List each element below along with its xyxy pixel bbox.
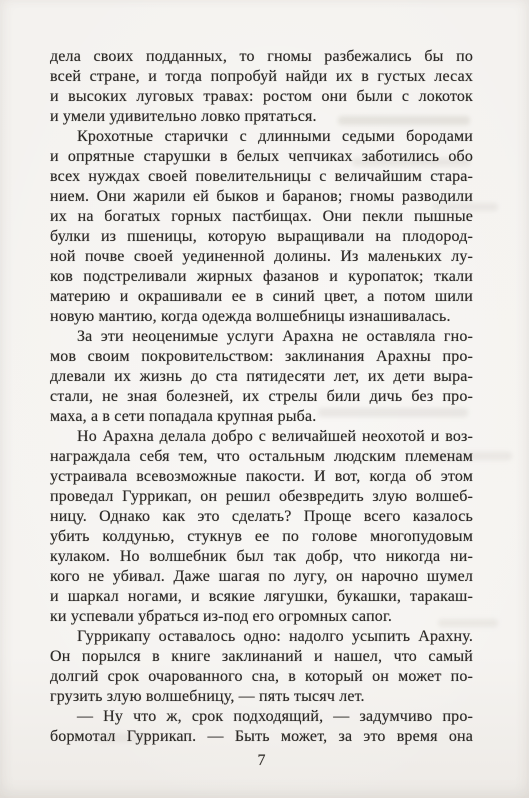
- text-line: и шаркал ногами, и всякие лягушки, букаш…: [50, 587, 473, 607]
- text-line: ной почве своей уединенной долины. Из ма…: [50, 247, 473, 267]
- text-line: убить колдунью, стукнув ее по голове мно…: [50, 527, 473, 547]
- text-line: — Ну что ж, срок подходящий, — задумчиво…: [50, 707, 473, 727]
- text-line: и умели удивительно ловко прятаться.: [50, 107, 473, 127]
- text-line: новую мантию, когда одежда волшебницы из…: [50, 307, 473, 327]
- text-line: нием. Они жарили ей быков и баранов; гно…: [50, 187, 473, 207]
- text-line: их на богатых горных пастбищах. Они пекл…: [50, 207, 473, 227]
- text-line: Но Арахна делала добро с величайшей неох…: [50, 427, 473, 447]
- text-line: дела своих подданных, то гномы разбежали…: [50, 47, 473, 67]
- text-line: Гуррикапу оставалось одно: надолго усыпи…: [50, 627, 473, 647]
- text-line: бормотал Гуррикап. — Быть может, за это …: [50, 727, 473, 747]
- text-line: всей стране, и тогда попробуй найди их в…: [50, 67, 473, 87]
- text-line: и высоких луговых травах: ростом они был…: [50, 87, 473, 107]
- text-line: всех нуждах своей повелительницы с велич…: [50, 167, 473, 187]
- text-line: награждала себя тем, что остальным людск…: [50, 447, 473, 467]
- text-line: кого не убивал. Даже шагая по лугу, он н…: [50, 567, 473, 587]
- text-line: За эти неоценимые услуги Арахна не остав…: [50, 327, 473, 347]
- text-line: и опрятные старушки в белых чепчиках заб…: [50, 147, 473, 167]
- text-line: Крохотные старички с длинными седыми бор…: [50, 127, 473, 147]
- text-line: маха, а в сети попадала крупная рыба.: [50, 407, 473, 427]
- text-line: стали, не зная болезней, их стрелы били …: [50, 387, 473, 407]
- text-line: устраивала всевозможные пакости. И вот, …: [50, 467, 473, 487]
- text-line: кулаком. Но волшебник был так добр, что …: [50, 547, 473, 567]
- text-line: ницу. Однако как это сделать? Проще всег…: [50, 507, 473, 527]
- text-line: Он порылся в книге заклинаний и нашел, ч…: [50, 647, 473, 667]
- page-number: 7: [50, 752, 473, 770]
- text-line: материю и окрашивали ее в синий цвет, а …: [50, 287, 473, 307]
- text-block: дела своих подданных, то гномы разбежали…: [50, 47, 473, 747]
- text-line: проведал Гуррикап, он решил обезвредить …: [50, 487, 473, 507]
- text-line: длевали их жизнь до ста пятидесяти лет, …: [50, 367, 473, 387]
- text-line: ки успевали убраться из-под его огромных…: [50, 607, 473, 627]
- book-page: дела своих подданных, то гномы разбежали…: [0, 0, 529, 798]
- text-line: булки из пшеницы, которую выращивали на …: [50, 227, 473, 247]
- text-line: ков подстреливали жирных фазанов и куроп…: [50, 267, 473, 287]
- text-line: долгий срок очарованного сна, в который …: [50, 667, 473, 687]
- text-line: грузить злую волшебницу, — пять тысяч ле…: [50, 687, 473, 707]
- text-line: мов своим покровительством: заклинания А…: [50, 347, 473, 367]
